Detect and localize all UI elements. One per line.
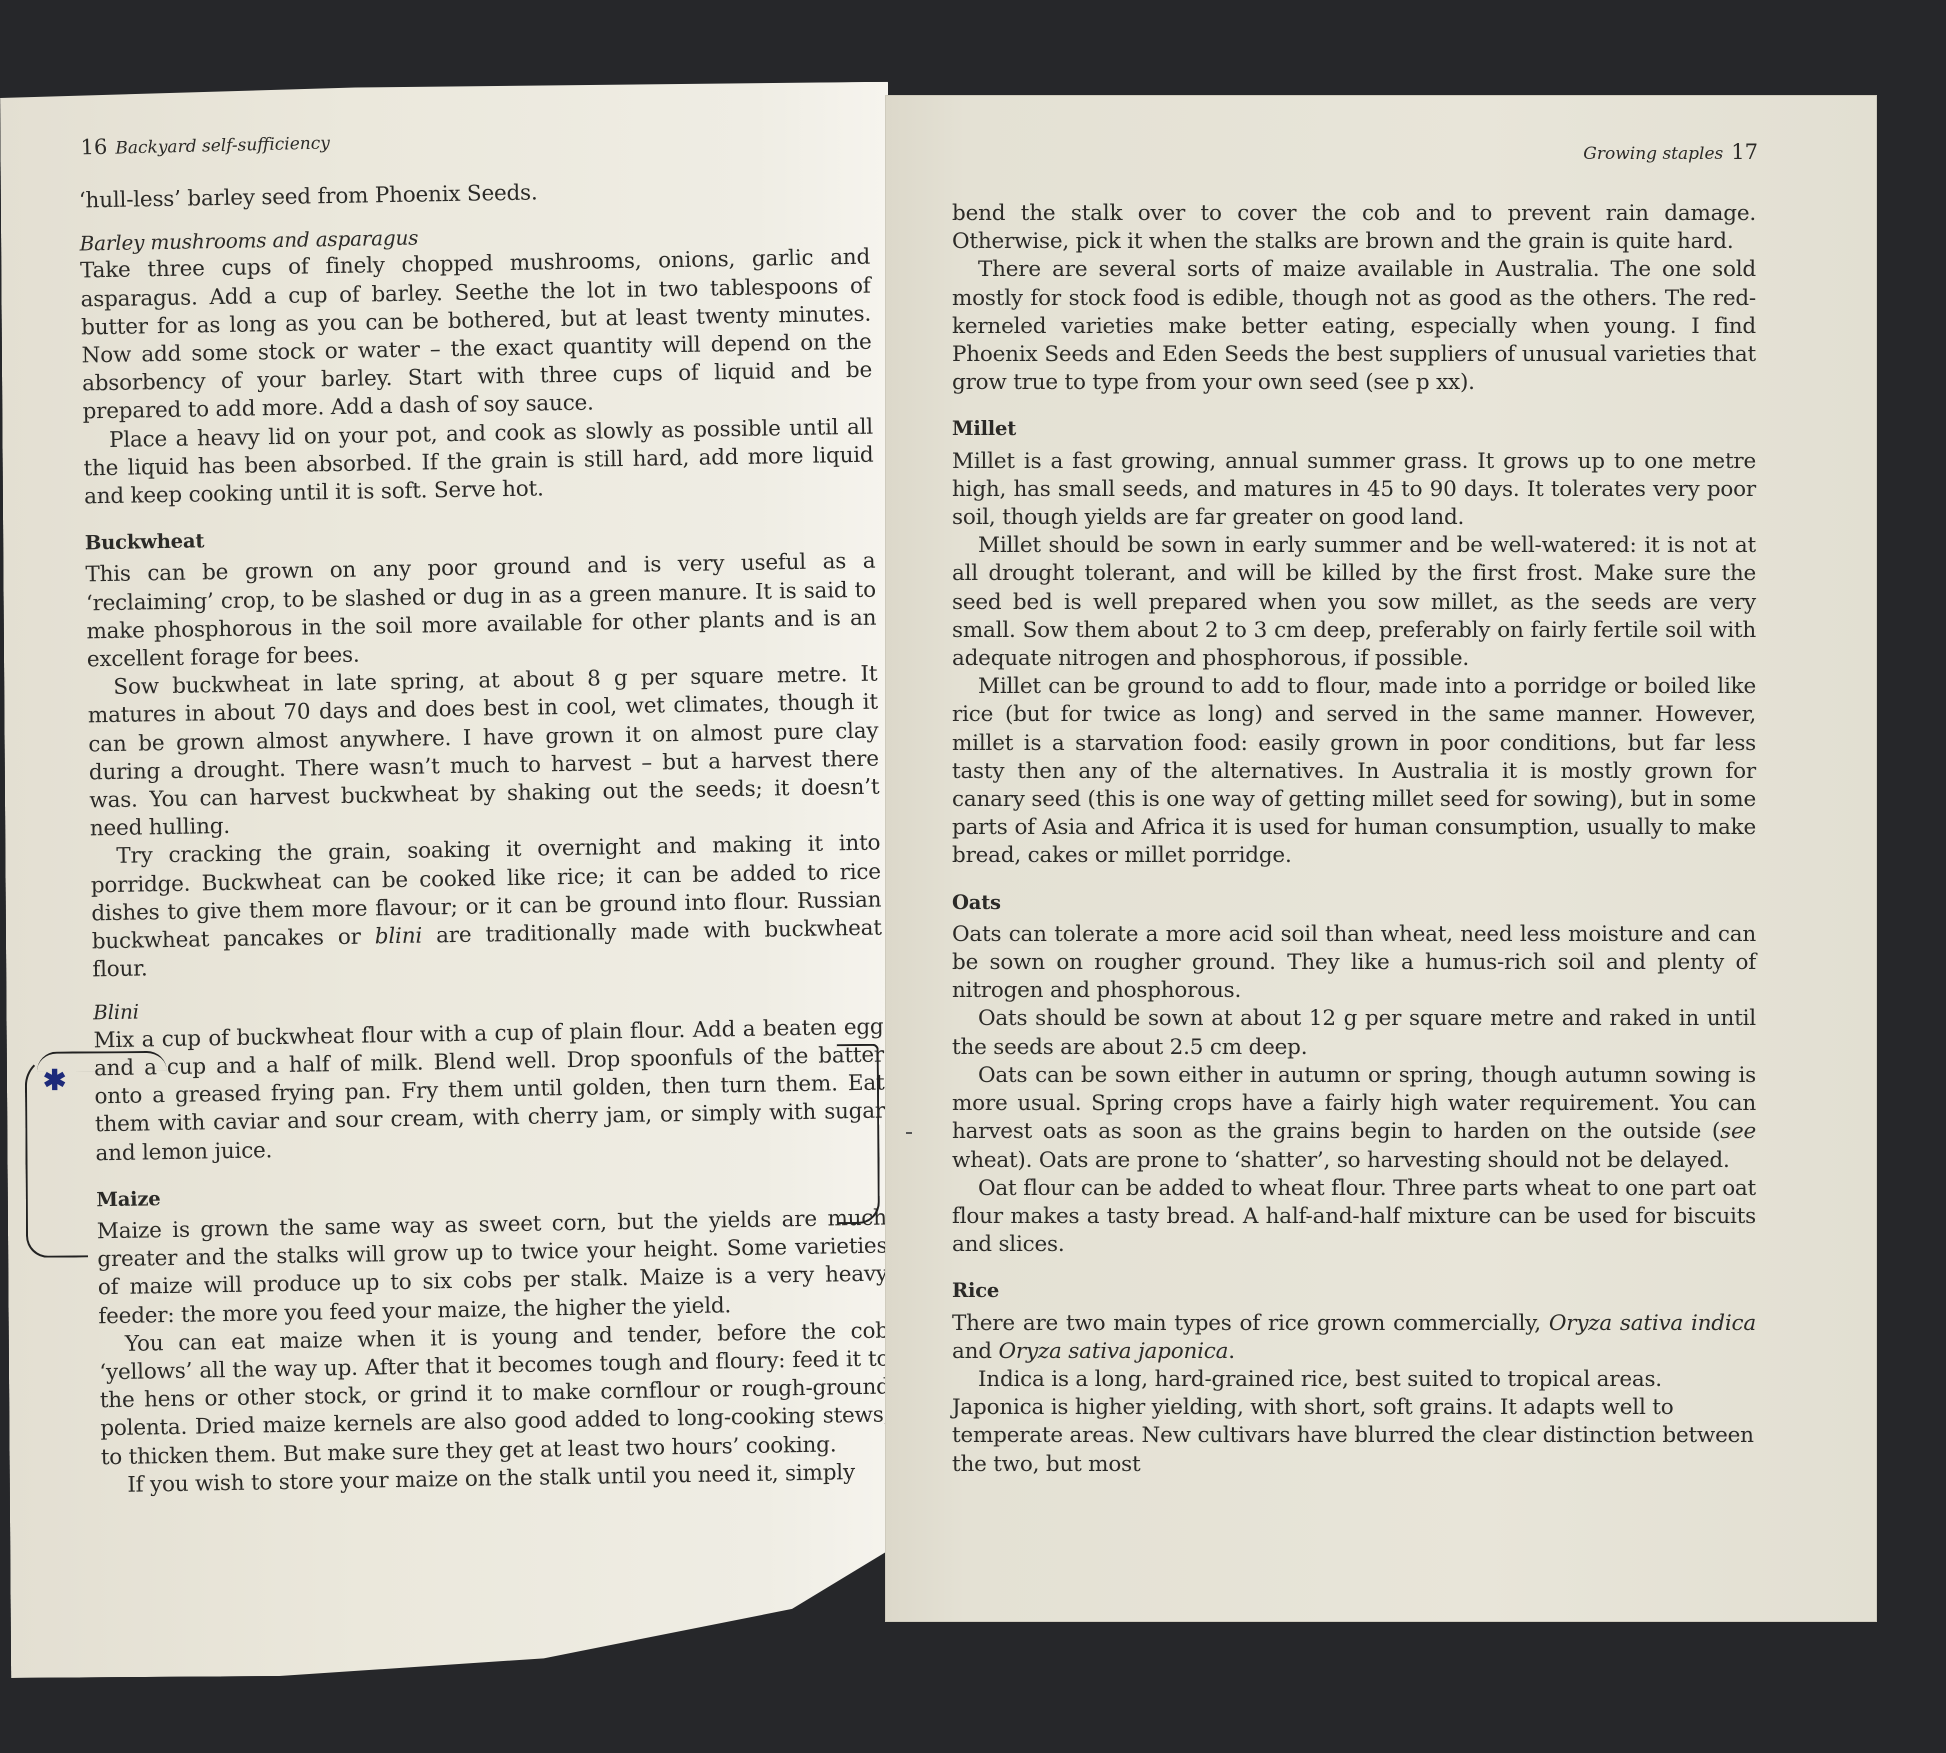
paragraph: There are several sorts of maize availab… (952, 256, 1756, 397)
right-running-head: Growing staples17 (1575, 140, 1758, 164)
paragraph: This can be grown on any poor ground and… (85, 548, 877, 675)
page-number-left: 16 (80, 135, 107, 160)
paragraph: Millet can be ground to add to flour, ma… (952, 673, 1756, 870)
paragraph: Oats should be sown at about 12 g per sq… (952, 1005, 1756, 1061)
text-run: There are two main types of rice grown c… (952, 1311, 1549, 1336)
text-run: Oats can be sown either in autumn or spr… (952, 1063, 1756, 1144)
text-run: wheat). Oats are prone to ‘shatter’, so … (952, 1148, 1730, 1173)
left-page: 16Backyard self-sufficiency ‘hull-less’ … (0, 82, 899, 1678)
margin-pen-mark (906, 1132, 912, 1134)
paragraph: Oats can be sown either in autumn or spr… (952, 1062, 1756, 1175)
text-run: . (1228, 1339, 1235, 1364)
section-heading-oats: Oats (952, 889, 1756, 917)
section-heading-millet: Millet (952, 415, 1756, 443)
italic-term: see (1720, 1119, 1756, 1144)
italic-term: blini (375, 924, 423, 950)
paragraph: Mix a cup of buckwheat flour with a cup … (93, 1013, 885, 1168)
paragraph: Oat flour can be added to wheat flour. T… (952, 1175, 1756, 1260)
paragraph: Indica is a long, hard-grained rice, bes… (952, 1366, 1756, 1479)
paragraph: There are two main types of rice grown c… (952, 1310, 1756, 1366)
paragraph: ‘hull-less’ barley seed from Phoenix See… (79, 174, 869, 216)
right-page-body: bend the stalk over to cover the cob and… (952, 200, 1756, 1479)
running-title-left: Backyard self-sufficiency (115, 133, 330, 158)
page-number-right: 17 (1731, 140, 1758, 164)
paragraph: Sow buckwheat in late spring, at about 8… (87, 661, 880, 844)
paragraph: Take three cups of finely chopped mushro… (80, 244, 873, 427)
italic-term: Oryza sativa japonica (998, 1339, 1228, 1364)
left-running-head: 16Backyard self-sufficiency (80, 129, 338, 159)
paragraph: Millet should be sown in early summer an… (952, 532, 1756, 673)
section-heading-rice: Rice (952, 1277, 1756, 1305)
left-page-body: ‘hull-less’ barley seed from Phoenix See… (79, 174, 892, 1501)
paragraph: You can eat maize when it is young and t… (99, 1317, 891, 1472)
paragraph: bend the stalk over to cover the cob and… (952, 200, 1756, 256)
paragraph: Place a heavy lid on your pot, and cook … (83, 413, 874, 511)
paragraph: Oats can tolerate a more acid soil than … (952, 921, 1756, 1006)
paragraph: Maize is grown the same way as sweet cor… (97, 1204, 889, 1331)
text-run: and (952, 1339, 998, 1364)
running-title-right: Growing staples (1583, 144, 1723, 164)
italic-term: Oryza sativa indica (1549, 1311, 1756, 1336)
pen-asterisk-icon: ✱ (43, 1064, 67, 1097)
right-page: Growing staples17 bend the stalk over to… (886, 96, 1876, 1621)
paragraph: Try cracking the grain, soaking it overn… (90, 830, 882, 985)
paragraph: Millet is a fast growing, annual summer … (952, 448, 1756, 533)
